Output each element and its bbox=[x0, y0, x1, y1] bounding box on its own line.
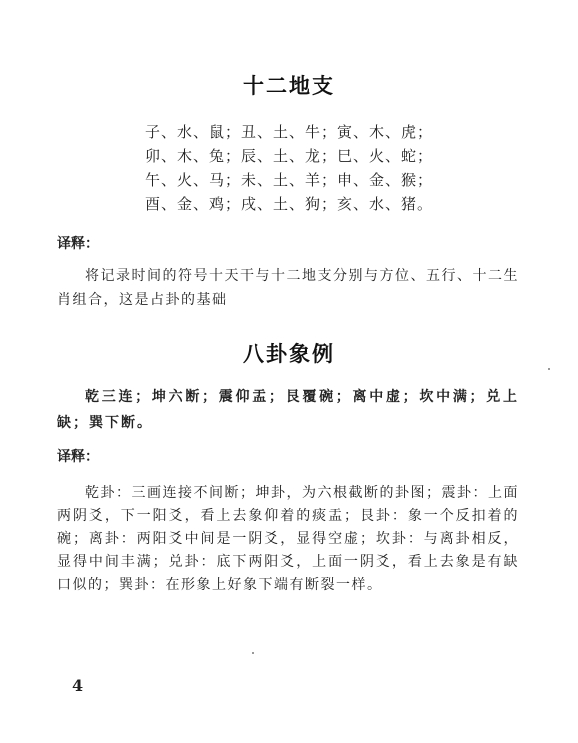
page-number: 4 bbox=[72, 676, 83, 695]
scan-speck bbox=[252, 652, 254, 654]
section-title-twelve-branches: 十二地支 bbox=[0, 70, 578, 100]
book-page: 十二地支 子、水、鼠；丑、土、牛；寅、木、虎； 卯、木、兔；辰、土、龙；巳、火、… bbox=[0, 0, 578, 743]
explanation-paragraph-2: 乾卦：三画连接不间断；坤卦，为六根截断的卦图；震卦：上面两阴爻，下一阳爻，看上去… bbox=[57, 482, 519, 597]
explanation-paragraph-1: 将记录时间的符号十天干与十二地支分别与方位、五行、十二生肖组合，这是占卦的基础 bbox=[57, 264, 519, 312]
verse-line-1: 子、水、鼠；丑、土、牛；寅、木、虎； bbox=[0, 120, 578, 144]
scan-speck bbox=[548, 368, 550, 370]
explanation-label-2: 译释： bbox=[57, 446, 99, 466]
section-title-eight-trigrams: 八卦象例 bbox=[0, 338, 578, 368]
trigram-verse-paragraph: 乾三连；坤六断；震仰盂；艮覆碗；离中虚；坎中满；兑上缺；巽下断。 bbox=[57, 384, 519, 436]
explanation-label-1: 译释： bbox=[57, 233, 99, 253]
verse-line-2: 卯、木、兔；辰、土、龙；巳、火、蛇； bbox=[0, 144, 578, 168]
verse-line-4: 酉、金、鸡；戌、土、狗；亥、水、猪。 bbox=[0, 192, 578, 216]
verse-line-3: 午、火、马；未、土、羊；申、金、猴； bbox=[0, 168, 578, 192]
